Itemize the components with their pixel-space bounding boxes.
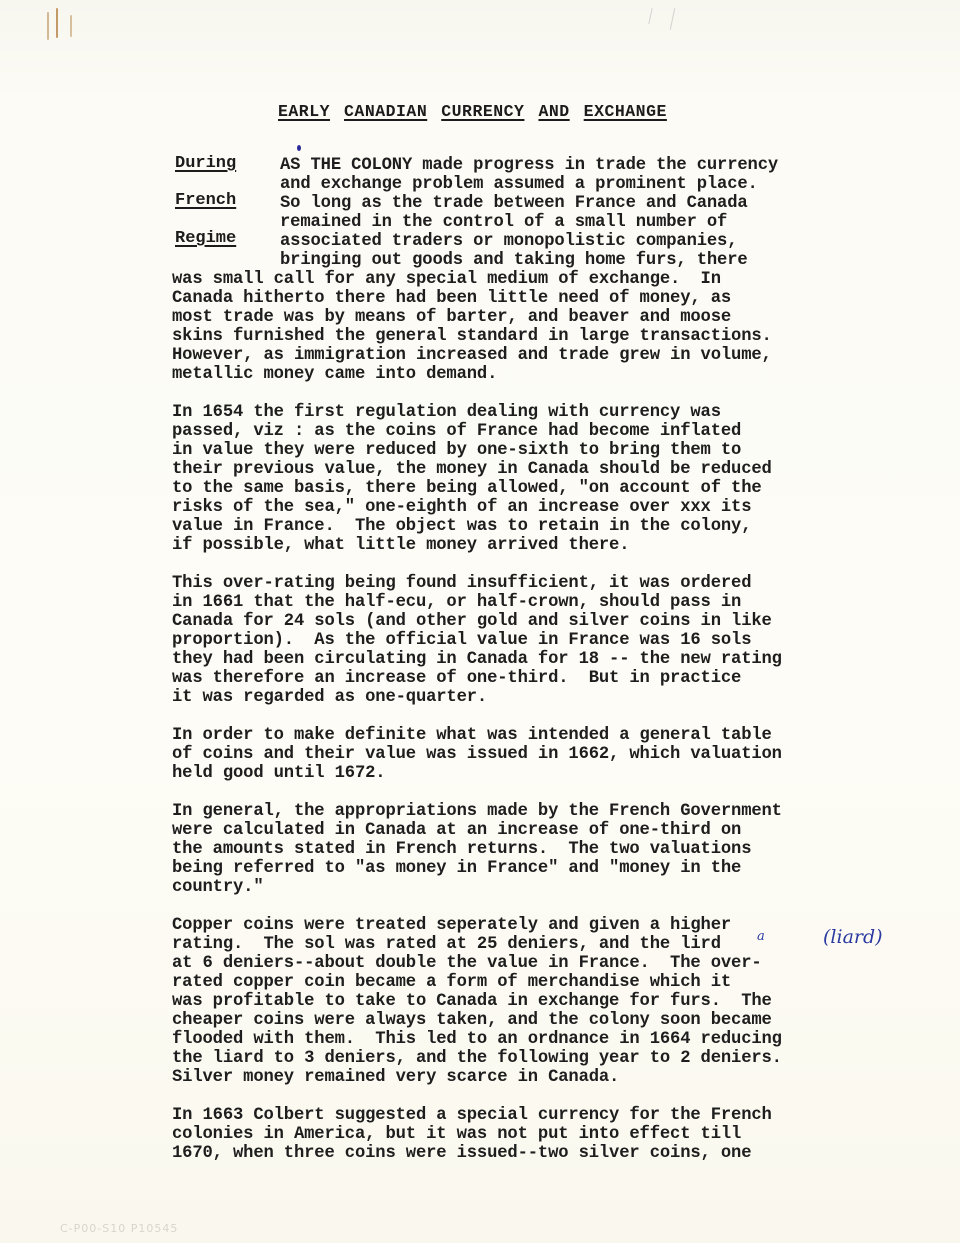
text-line: Silver money remained very scarce in Can… [172,1068,619,1087]
text-line: held good until 1672. [172,764,385,783]
text-line: colonies in America, but it was not put … [172,1125,741,1144]
text-line: country." [172,878,263,897]
text-line: 1670, when three coins were issued--two … [172,1144,751,1163]
title-word: EXCHANGE [584,102,667,121]
text-line: and exchange problem assumed a prominent… [280,175,758,194]
text-line: it was regarded as one-quarter. [172,688,487,707]
text-line: This over-rating being found insufficien… [172,574,751,593]
text-line: In 1663 Colbert suggested a special curr… [172,1106,772,1125]
text-line: their previous value, the money in Canad… [172,460,772,479]
title-word: CURRENCY [441,102,524,121]
title-word: AND [538,102,569,121]
text-line: being referred to "as money in France" a… [172,859,741,878]
text-line: In general, the appropriations made by t… [172,802,782,821]
text-line: However, as immigration increased and tr… [172,346,772,365]
pencil-mark [670,8,676,30]
page-title: EARLYCANADIANCURRENCYANDEXCHANGE [278,102,681,121]
text-line: at 6 deniers--about double the value in … [172,954,762,973]
text-line: risks of the sea," one-eighth of an incr… [172,498,751,517]
title-word: CANADIAN [344,102,427,121]
text-line: was small call for any special medium of… [172,270,721,289]
text-line: proportion). As the official value in Fr… [172,631,751,650]
side-heading-french: French [175,191,236,210]
text-line: So long as the trade between France and … [280,194,748,213]
text-line: in 1661 that the half-ecu, or half-crown… [172,593,741,612]
text-line: metallic money came into demand. [172,365,497,384]
rust-stain [47,12,49,40]
text-line: if possible, what little money arrived t… [172,536,629,555]
side-heading-during: During [175,154,236,173]
text-line: cheaper coins were always taken, and the… [172,1011,772,1030]
text-line: bringing out goods and taking home furs,… [280,251,748,270]
text-line: in value they were reduced by one-sixth … [172,441,741,460]
text-line: In 1654 the first regulation dealing wit… [172,403,721,422]
text-line: Canada hitherto there had been little ne… [172,289,731,308]
text-line: the amounts stated in French returns. Th… [172,840,751,859]
handwritten-margin-note: (liard) [823,926,883,948]
text-line: passed, viz : as the coins of France had… [172,422,741,441]
handwritten-correction: a [757,929,765,944]
text-line: Canada for 24 sols (and other gold and s… [172,612,772,631]
title-word: EARLY [278,102,330,121]
text-line: associated traders or monopolistic compa… [280,232,737,251]
ink-mark [297,145,301,151]
text-line: most trade was by means of barter, and b… [172,308,731,327]
rust-stain [56,8,58,38]
text-line: to the same basis, there being allowed, … [172,479,762,498]
text-line: remained in the control of a small numbe… [280,213,727,232]
text-line: Copper coins were treated seperately and… [172,916,731,935]
text-line: flooded with them. This led to an ordnan… [172,1030,782,1049]
pencil-mark [648,8,652,24]
text-line: they had been circulating in Canada for … [172,650,782,669]
text-line: the liard to 3 deniers, and the followin… [172,1049,782,1068]
side-heading-regime: Regime [175,229,236,248]
text-line: was therefore an increase of one-third. … [172,669,741,688]
typewritten-page: EARLYCANADIANCURRENCYANDEXCHANGE During … [0,0,960,1243]
text-line: value in France. The object was to retai… [172,517,751,536]
text-line: rating. The sol was rated at 25 deniers,… [172,935,721,954]
text-line: of coins and their value was issued in 1… [172,745,782,764]
archive-stamp: C-P00-S10 P10545 [60,1222,178,1235]
text-line: skins furnished the general standard in … [172,327,772,346]
text-line: In order to make definite what was inten… [172,726,772,745]
rust-stain [70,15,72,37]
text-line: were calculated in Canada at an increase… [172,821,741,840]
text-line: was profitable to take to Canada in exch… [172,992,772,1011]
text-line: rated copper coin became a form of merch… [172,973,731,992]
text-line: AS THE COLONY made progress in trade the… [280,156,778,175]
